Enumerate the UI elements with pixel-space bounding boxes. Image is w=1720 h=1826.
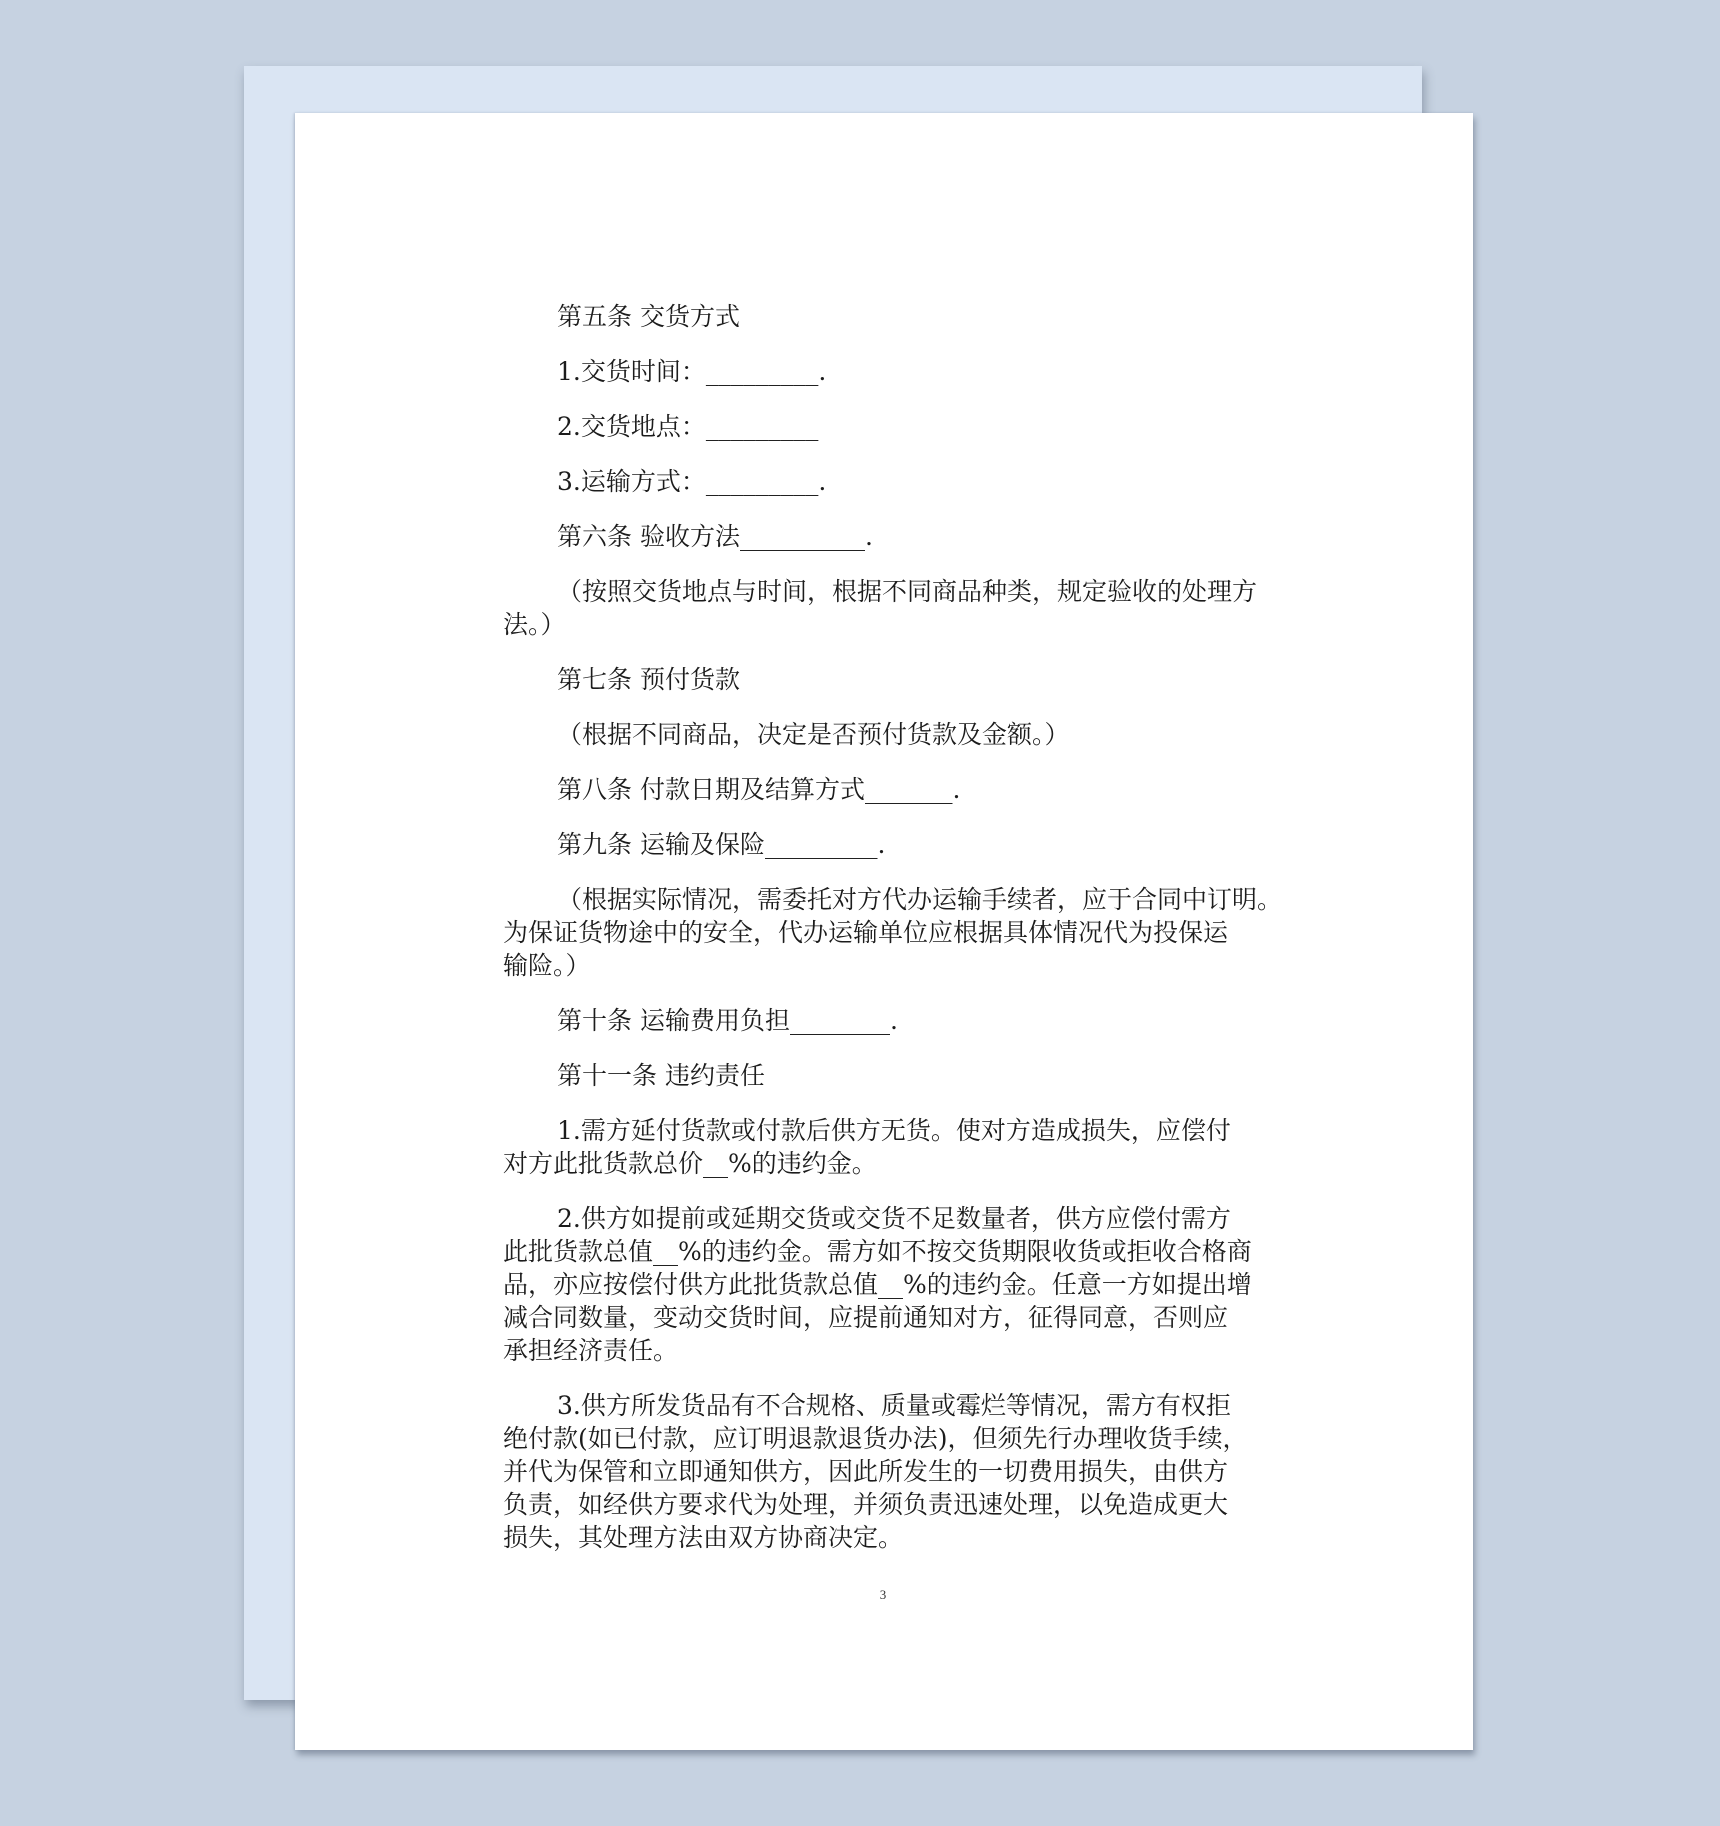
paragraph-line: （根据实际情况，需委托对方代办运输手续者，应于合同中订明。 xyxy=(503,883,1283,916)
paragraph-line: （按照交货地点与时间，根据不同商品种类，规定验收的处理方 xyxy=(503,575,1283,608)
paragraph-line: 减合同数量，变动交货时间，应提前通知对方，征得同意，否则应 xyxy=(503,1301,1283,1334)
paragraph-line: （根据不同商品，决定是否预付货款及金额。） xyxy=(503,718,1283,751)
paragraph-line: 第五条 交货方式 xyxy=(503,300,1283,333)
paragraph-line: 品，亦应按偿付供方此批货款总值__%的违约金。任意一方如提出增 xyxy=(503,1268,1283,1301)
article-7-note: （根据不同商品，决定是否预付货款及金额。） xyxy=(503,718,1283,751)
document-body: 第五条 交货方式 1.交货时间：_________. 2.交货地点：______… xyxy=(503,300,1283,1576)
paragraph-line: 第九条 运输及保险_________. xyxy=(503,828,1283,861)
article-11-heading: 第十一条 违约责任 xyxy=(503,1059,1283,1092)
article-10-heading: 第十条 运输费用负担________. xyxy=(503,1004,1283,1037)
paragraph-line: 3.供方所发货品有不合规格、质量或霉烂等情况，需方有权拒 xyxy=(503,1389,1283,1422)
transport-method-item: 3.运输方式：_________. xyxy=(503,465,1283,498)
paragraph-line: 第十条 运输费用负担________. xyxy=(503,1004,1283,1037)
article-9-note: （根据实际情况，需委托对方代办运输手续者，应于合同中订明。 为保证货物途中的安全… xyxy=(503,883,1283,982)
delivery-place-item: 2.交货地点：_________ xyxy=(503,410,1283,443)
paragraph-line: 2.供方如提前或延期交货或交货不足数量者，供方应偿付需方 xyxy=(503,1202,1283,1235)
paragraph-line: 3.运输方式：_________. xyxy=(503,465,1283,498)
article-5-heading: 第五条 交货方式 xyxy=(503,300,1283,333)
paragraph-line: 损失，其处理方法由双方协商决定。 xyxy=(503,1521,1283,1554)
paragraph-line: 1.需方延付货款或付款后供方无货。使对方造成损失，应偿付 xyxy=(503,1114,1283,1147)
article-11-clause-2: 2.供方如提前或延期交货或交货不足数量者，供方应偿付需方 此批货款总值__%的违… xyxy=(503,1202,1283,1367)
article-8-heading: 第八条 付款日期及结算方式_______. xyxy=(503,773,1283,806)
article-9-heading: 第九条 运输及保险_________. xyxy=(503,828,1283,861)
paragraph-line: 为保证货物途中的安全，代办运输单位应根据具体情况代为投保运 xyxy=(503,916,1283,949)
paragraph-line: 2.交货地点：_________ xyxy=(503,410,1283,443)
paragraph-line: 第八条 付款日期及结算方式_______. xyxy=(503,773,1283,806)
paragraph-line: 对方此批货款总价__%的违约金。 xyxy=(503,1147,1283,1180)
paragraph-line: 输险。） xyxy=(503,949,1283,982)
paragraph-line: 此批货款总值__%的违约金。需方如不按交货期限收货或拒收合格商 xyxy=(503,1235,1283,1268)
paragraph-line: 并代为保管和立即通知供方，因此所发生的一切费用损失，由供方 xyxy=(503,1455,1283,1488)
paragraph-line: 第七条 预付货款 xyxy=(503,663,1283,696)
delivery-time-item: 1.交货时间：_________. xyxy=(503,355,1283,388)
paragraph-line: 负责，如经供方要求代为处理，并须负责迅速处理，以免造成更大 xyxy=(503,1488,1283,1521)
paragraph-line: 绝付款(如已付款，应订明退款退货办法)，但须先行办理收货手续， xyxy=(503,1422,1283,1455)
paragraph-line: 第十一条 违约责任 xyxy=(503,1059,1283,1092)
article-7-heading: 第七条 预付货款 xyxy=(503,663,1283,696)
document-page: 第五条 交货方式 1.交货时间：_________. 2.交货地点：______… xyxy=(295,113,1473,1750)
page-number: 3 xyxy=(875,1587,891,1603)
paragraph-line: 承担经济责任。 xyxy=(503,1334,1283,1367)
article-11-clause-3: 3.供方所发货品有不合规格、质量或霉烂等情况，需方有权拒 绝付款(如已付款，应订… xyxy=(503,1389,1283,1554)
paragraph-line: 法。） xyxy=(503,608,1283,641)
paragraph-line: 第六条 验收方法__________. xyxy=(503,520,1283,553)
paragraph-line: 1.交货时间：_________. xyxy=(503,355,1283,388)
article-11-clause-1: 1.需方延付货款或付款后供方无货。使对方造成损失，应偿付 对方此批货款总价__%… xyxy=(503,1114,1283,1180)
article-6-note: （按照交货地点与时间，根据不同商品种类，规定验收的处理方 法。） xyxy=(503,575,1283,641)
article-6-heading: 第六条 验收方法__________. xyxy=(503,520,1283,553)
